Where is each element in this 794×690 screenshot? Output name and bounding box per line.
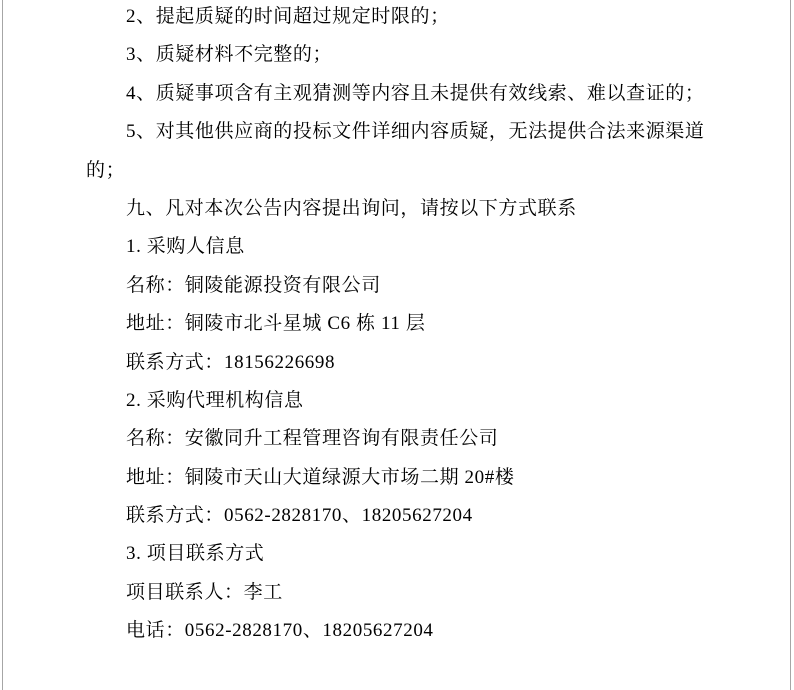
document-line-agency-contact: 联系方式：0562-2828170、18205627204 bbox=[86, 497, 726, 535]
document-line-quibble-speculation: 4、质疑事项含有主观猜测等内容且未提供有效线索、难以查证的； bbox=[86, 75, 726, 113]
document-line-project-phone: 电话：0562-2828170、18205627204 bbox=[86, 612, 726, 650]
document-line-quibble-other-bidders: 5、对其他供应商的投标文件详细内容质疑，无法提供合法来源渠道 bbox=[86, 113, 726, 151]
document-line-agency-name: 名称：安徽同升工程管理咨询有限责任公司 bbox=[86, 420, 726, 458]
document-line-purchaser-address: 地址：铜陵市北斗星城 C6 栋 11 层 bbox=[86, 305, 726, 343]
document-line-quibble-time-limit: 2、提起质疑的时间超过规定时限的； bbox=[86, 0, 726, 36]
document-line-project-contact-heading: 3. 项目联系方式 bbox=[86, 535, 726, 573]
document-line-agency-info-heading: 2. 采购代理机构信息 bbox=[86, 382, 726, 420]
document-text-block: 2、提起质疑的时间超过规定时限的； 3、质疑材料不完整的； 4、质疑事项含有主观… bbox=[86, 0, 726, 651]
document-line-quibble-incomplete-material: 3、质疑材料不完整的； bbox=[86, 36, 726, 74]
document-line-purchaser-contact: 联系方式：18156226698 bbox=[86, 344, 726, 382]
document-line-section-nine-heading: 九、凡对本次公告内容提出询问，请按以下方式联系 bbox=[86, 190, 726, 228]
document-page: 2、提起质疑的时间超过规定时限的； 3、质疑材料不完整的； 4、质疑事项含有主观… bbox=[2, 0, 791, 690]
document-line-quibble-other-bidders-wrap: 的； bbox=[86, 152, 726, 190]
document-line-project-contact-person: 项目联系人：李工 bbox=[86, 574, 726, 612]
document-line-agency-address: 地址：铜陵市天山大道绿源大市场二期 20#楼 bbox=[86, 459, 726, 497]
document-line-purchaser-name: 名称：铜陵能源投资有限公司 bbox=[86, 267, 726, 305]
document-line-purchaser-info-heading: 1. 采购人信息 bbox=[86, 228, 726, 266]
